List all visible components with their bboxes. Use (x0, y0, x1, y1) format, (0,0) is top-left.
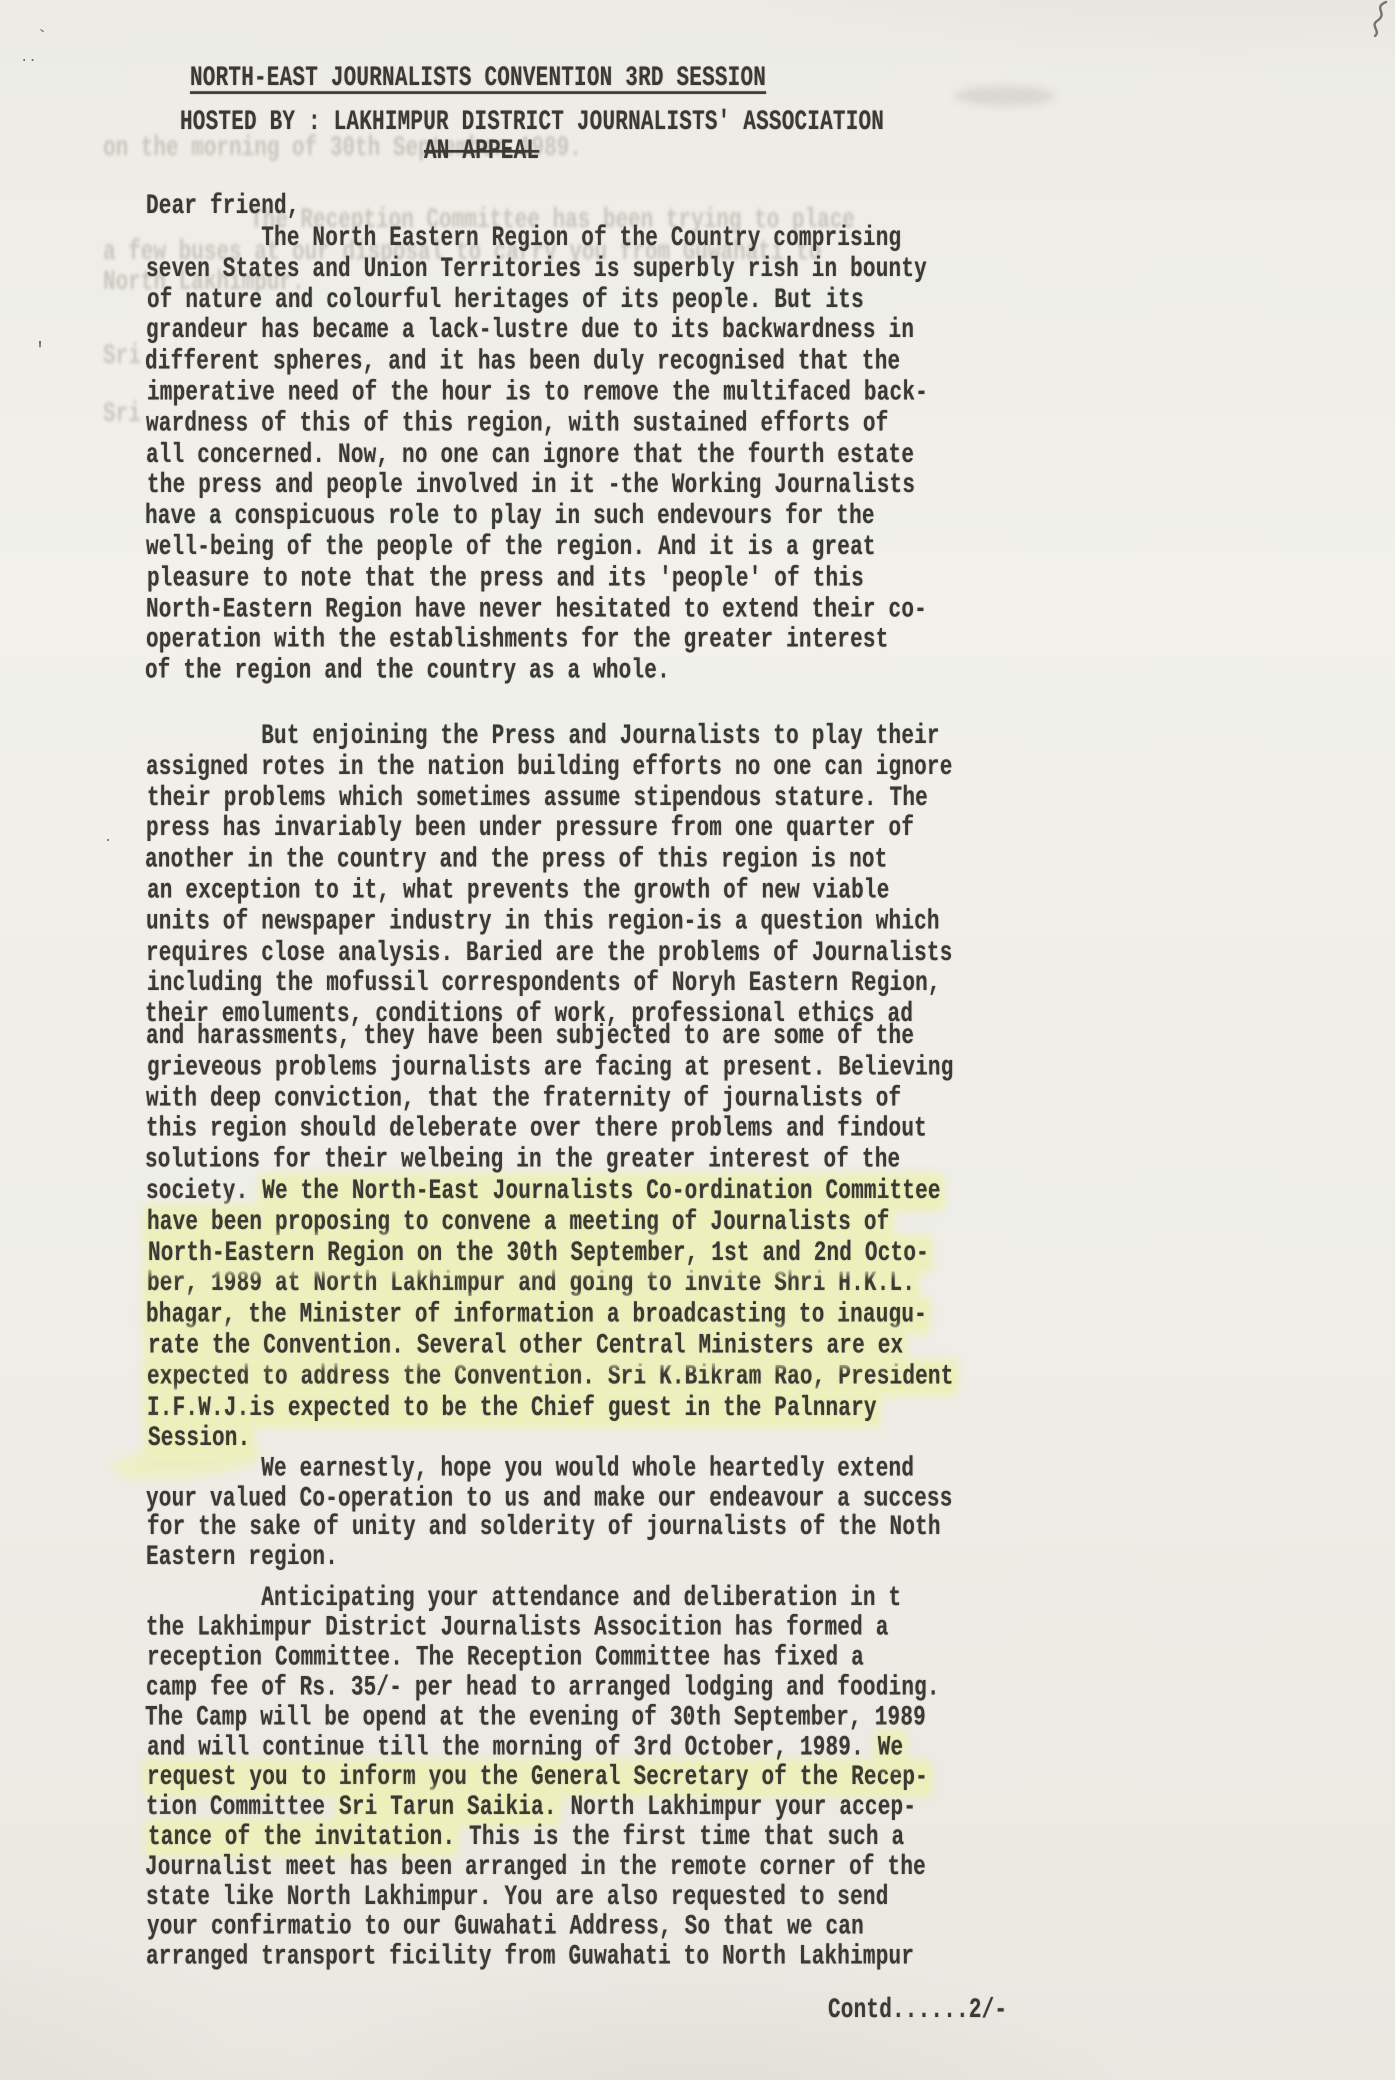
highlighted-text: I.F.W.J.is expected to be the Chief gues… (146, 1393, 878, 1423)
text-line: all concerned. Now, no one can ignore th… (146, 441, 927, 472)
text-line: North-Eastern Region on the 30th Septemb… (147, 1239, 956, 1270)
highlighted-text: expected to address the Convention. Sri … (146, 1363, 955, 1393)
text-line: Eastern region. (146, 1544, 953, 1573)
highlighted-text: We (877, 1734, 905, 1764)
text-line: grieveous problems journalists are facin… (147, 1053, 956, 1084)
highlighted-text: bhagar, the Minister of information a br… (145, 1301, 928, 1331)
text-line: Anticipating your attendance and deliber… (146, 1584, 940, 1614)
text-line: tance of the invitation. This is the fir… (147, 1823, 941, 1853)
text-line: Session. (147, 1424, 956, 1455)
text-line: have a conspicuous role to play in such … (145, 502, 926, 533)
appeal-heading: AN APPEAL (424, 137, 539, 167)
ink-speck: . (104, 830, 112, 846)
text-line: and will continue till the morning of 3r… (147, 1734, 941, 1764)
paragraph-4: Anticipating your attendance and deliber… (146, 1584, 940, 1973)
highlighted-text: We the North-East Journalists Co-ordinat… (261, 1177, 942, 1207)
paragraph-1: The North Eastern Region of the Country … (146, 224, 927, 688)
pen-squiggle-mark (1362, 0, 1394, 43)
text-line: tion Committee Sri Tarun Saikia. North L… (146, 1793, 940, 1823)
text-line: ber, 1989 at North Lakhimpur and going t… (146, 1270, 955, 1301)
text-line: the Lakhimpur District Journalists Assoc… (146, 1614, 940, 1644)
text-line: expected to address the Convention. Sri … (146, 1363, 955, 1394)
text-line: I.F.W.J.is expected to be the Chief gues… (146, 1393, 955, 1424)
text-line: of the region and the country as a whole… (145, 657, 926, 688)
paragraph-2: But enjoining the Press and Journalists … (146, 722, 955, 1455)
text-line: camp fee of Rs. 35/- per head to arrange… (146, 1674, 940, 1704)
text-line: including the mofussil correspondents of… (147, 969, 956, 1000)
text-line: bhagar, the Minister of information a br… (145, 1301, 954, 1332)
text-line: press has invariably been under pressure… (146, 815, 955, 846)
text-line: this region should deleberate over there… (146, 1115, 955, 1146)
text-line: your confirmatio to our Guwahati Address… (147, 1913, 941, 1943)
document-page: on the morning of 30th September 1989.Th… (0, 0, 1395, 2080)
text-line: different spheres, and it has been duly … (145, 348, 926, 379)
ghost-text-line: Sri (103, 342, 141, 372)
text-line: Journalist meet has been arranged in the… (145, 1853, 939, 1883)
text-line: their emoluments, conditions of work, pr… (145, 1000, 954, 1031)
highlighted-text: have been proposing to convene a meeting… (146, 1208, 891, 1238)
highlighted-text: Sri Tarun Saikia. (338, 1793, 558, 1823)
salutation: Dear friend, (146, 192, 300, 222)
text-line: of nature and colourful heritages of its… (147, 286, 928, 317)
text-line: assigned rotes in the nation building ef… (146, 753, 955, 784)
text-line: wardness of this of this region, with su… (146, 410, 927, 441)
text-line: operation with the establishments for th… (146, 626, 927, 657)
text-line: an exception to it, what prevents the gr… (147, 877, 956, 908)
text-line: state like North Lakhimpur. You are also… (146, 1883, 940, 1913)
text-line: requires close analysis. Baried are the … (146, 939, 955, 970)
text-line: solutions for their welbeing in the grea… (145, 1146, 954, 1177)
continuation-footer: Contd......2/- (828, 1996, 1007, 2026)
ink-speck: ` (36, 28, 48, 51)
text-line: another in the country and the press of … (145, 846, 954, 877)
highlighted-text: North-Eastern Region on the 30th Septemb… (147, 1239, 930, 1269)
text-line: for the sake of unity and solderity of j… (147, 1515, 954, 1544)
highlighted-text: Session. (147, 1424, 251, 1454)
paper-smudge (955, 86, 1055, 106)
text-line: units of newspaper industry in this regi… (146, 908, 955, 939)
text-line: imperative need of the hour is to remove… (147, 379, 928, 410)
text-line: with deep conviction, that the fraternit… (146, 1084, 955, 1115)
text-line: grandeur has became a lack-lustre due to… (146, 317, 927, 348)
ink-speck: ' (34, 340, 46, 363)
document-subtitle: HOSTED BY : LAKHIMPUR DISTRICT JOURNALIS… (180, 108, 884, 138)
text-line: But enjoining the Press and Journalists … (146, 722, 955, 753)
text-line: seven States and Union Territories is su… (146, 255, 927, 286)
text-line: arranged transport ficility from Guwahat… (146, 1943, 940, 1973)
text-line: society. We the North-East Journalists C… (146, 1177, 955, 1208)
text-line: request you to inform you the General Se… (146, 1763, 940, 1793)
text-line: North-Eastern Region have never hesitate… (146, 595, 927, 626)
paragraph-3: We earnestly, hope you would whole heart… (146, 1456, 953, 1573)
document-title: NORTH-EAST JOURNALISTS CONVENTION 3RD SE… (190, 64, 766, 94)
text-line: your valued Co-operation to us and make … (146, 1485, 953, 1514)
highlighted-text: ber, 1989 at North Lakhimpur and going t… (146, 1270, 916, 1300)
text-line: The North Eastern Region of the Country … (146, 224, 927, 255)
highlighted-text: tance of the invitation. (147, 1823, 456, 1853)
text-line: have been proposing to convene a meeting… (146, 1208, 955, 1239)
text-line: rate the Convention. Several other Centr… (147, 1332, 956, 1363)
text-line: the press and people involved in it -the… (147, 471, 928, 502)
ghost-text-line: Sri (103, 400, 141, 430)
text-line: The Camp will be opend at the evening of… (145, 1704, 939, 1734)
text-line: well-being of the people of the region. … (146, 533, 927, 564)
text-line: We earnestly, hope you would whole heart… (146, 1456, 953, 1485)
highlighted-text: rate the Convention. Several other Centr… (147, 1332, 904, 1362)
text-line: reception Committee. The Reception Commi… (147, 1644, 941, 1674)
text-line: pleasure to note that the press and its … (147, 564, 928, 595)
ink-speck: .. (20, 50, 37, 66)
text-line: their problems which sometimes assume st… (147, 784, 956, 815)
highlighted-text: request you to inform you the General Se… (146, 1763, 929, 1793)
